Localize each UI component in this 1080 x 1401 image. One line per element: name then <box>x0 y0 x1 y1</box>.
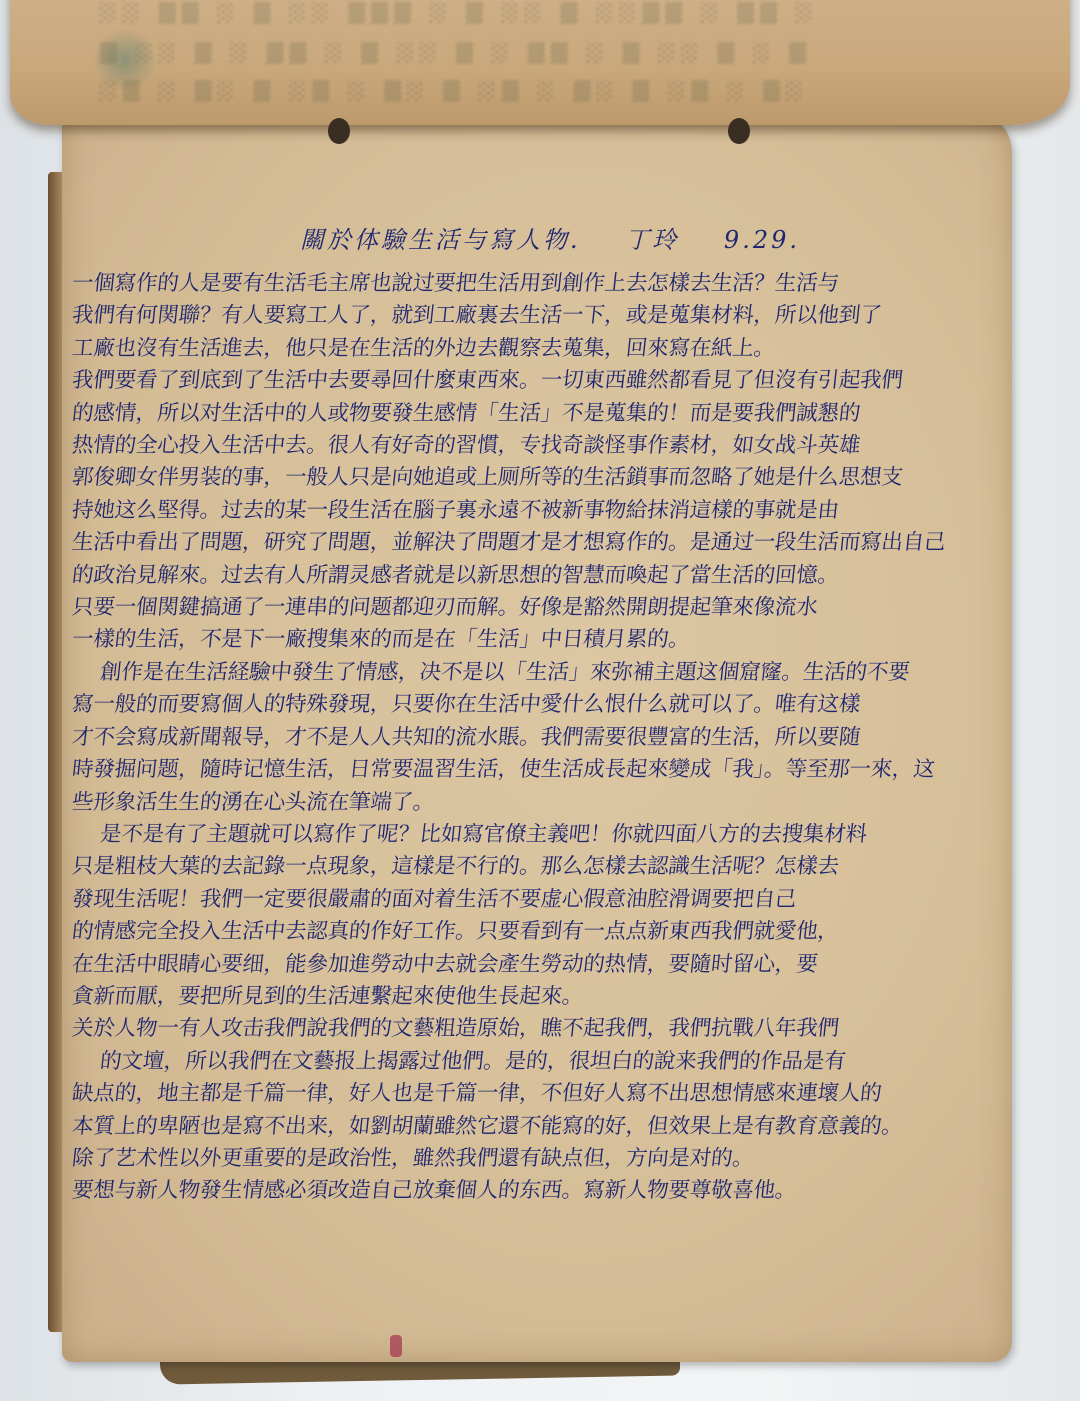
handwritten-line: 是不是有了主題就可以寫作了呢？比如寫官僚主義吧！你就四面八方的去搜集材料 <box>70 819 953 851</box>
heading-date: 9.29. <box>724 226 800 254</box>
handwritten-line: 关於人物一有人攻击我們說我們的文藝粗造原始，瞧不起我們，我們抗戰八年我們 <box>70 1013 953 1045</box>
handwritten-content: 關於体驗生活与寫人物. 丁玲 9.29. 一個寫作的人是要有生活毛主席也說过要把… <box>72 110 952 1208</box>
handwritten-line: 要想与新人物發生情感必須改造自己放棄個人的东西。寫新人物要尊敬喜他。 <box>70 1175 953 1207</box>
handwritten-line: 一樣的生活，不是下一廠搜集來的而是在「生活」中日積月累的。 <box>70 624 953 656</box>
handwritten-line: 热情的全心投入生活中去。很人有好奇的習慣，专找奇談怪事作素材，如女战斗英雄 <box>70 430 953 462</box>
page-heading: 關於体驗生活与寫人物. 丁玲 9.29. <box>300 220 952 260</box>
handwritten-line: 本質上的卑陋也是寫不出来，如劉胡蘭雖然它還不能寫的好，但效果上是有教育意義的。 <box>70 1111 953 1143</box>
previous-page-curled: ░░ ▒▒ ░ ▒ ░░ ▒▒▒ ░ ▒ ░░ ▒ ░░▒▒ ░ ▒▒ ░ ▒ … <box>10 0 1070 125</box>
handwritten-line: 除了艺术性以外更重要的是政治性，雖然我們還有缺点但，方向是对的。 <box>70 1143 953 1175</box>
handwritten-line: 才不会寫成新聞報导，才不是人人共知的流水賬。我們需要很豐富的生活，所以要随 <box>70 722 953 754</box>
handwritten-line: 我們有何関聯？有人要寫工人了，就到工廠裏去生活一下，或是蒐集材料，所以他到了 <box>70 300 953 332</box>
handwritten-line: 的政治見解來。过去有人所謂灵感者就是以新思想的智慧而喚起了當生活的回憶。 <box>70 560 953 592</box>
handwritten-line: 貪新而厭，要把所見到的生活連繫起來使他生長起來。 <box>70 981 953 1013</box>
handwritten-line: 創作是在生活経驗中發生了情感，决不是以「生活」來弥補主題这個窟窿。生活的不要 <box>70 657 953 689</box>
handwritten-line: 時發掘问题，隨時记憶生活，日常要温習生活，使生活成長起來變成「我」。等至那一來，… <box>70 754 953 786</box>
handwritten-line: 些形象活生生的湧在心头流在筆端了。 <box>70 787 953 819</box>
bleed-through-text: ▒ ░░ ▒ ░ ▒▒ ░ ▒ ░░ ▒ ░ ▒▒ ░ ▒ ░░ ▒ ░ ▒ <box>100 42 1010 64</box>
handwritten-line: 生活中看出了問題，研究了問題，並解決了問題才是才想寫作的。是通过一段生活而寫出自… <box>70 527 953 559</box>
handwritten-line: 一個寫作的人是要有生活毛主席也說过要把生活用到創作上去怎樣去生活？生活与 <box>70 268 953 300</box>
red-ink-mark <box>390 1335 402 1357</box>
heading-author: 丁玲 <box>625 226 679 254</box>
handwritten-line: 寫一般的而要寫個人的特殊發現，只要你在生活中愛什么恨什么就可以了。唯有这樣 <box>70 689 953 721</box>
handwritten-lines: 一個寫作的人是要有生活毛主席也說过要把生活用到創作上去怎樣去生活？生活与我們有何… <box>72 268 952 1208</box>
handwritten-line: 我們要看了到底到了生活中去要尋回什麼東西來。一切東西雖然都看見了但沒有引起我們 <box>70 365 953 397</box>
handwritten-line: 只是粗枝大葉的去記錄一点現象，這樣是不行的。那么怎樣去認識生活呢？怎樣去 <box>70 851 953 883</box>
handwritten-line: 的感情，所以对生活中的人或物要發生感情「生活」不是蒐集的！而是要我們誠懇的 <box>70 398 953 430</box>
handwritten-line: 的情感完全投入生活中去認真的作好工作。只要看到有一点点新東西我們就愛他， <box>70 916 953 948</box>
handwritten-line: 缺点的，地主都是千篇一律，好人也是千篇一律，不但好人寫不出思想情感來連壞人的 <box>70 1078 953 1110</box>
handwritten-line: 只要一個関鍵搞通了一連串的问题都迎刃而解。好像是豁然開朗提起筆來像流水 <box>70 592 953 624</box>
handwritten-line: 工廠也沒有生活進去，他只是在生活的外边去觀察去蒐集，回來寫在紙上。 <box>70 333 953 365</box>
handwritten-line: 發现生活呢！我們一定要很嚴肅的面对着生活不要虚心假意油腔滑调要把自己 <box>70 884 953 916</box>
handwritten-line: 在生活中眼睛心要细，能參加進勞动中去就会產生勞动的热情，要隨时留心，要 <box>70 949 953 981</box>
handwritten-line: 的文壇，所以我們在文藝报上揭露过他們。是的，很坦白的說来我們的作品是有 <box>70 1046 953 1078</box>
handwritten-line: 持她这么堅得。过去的某一段生活在腦子裏永遠不被新事物給抹消這樣的事就是由 <box>70 495 953 527</box>
handwritten-line: 郭俊卿女伴男装的事，一般人只是向她追或上厕所等的生活鎖事而忽略了她是什么思想支 <box>70 462 953 494</box>
bleed-through-text: ░▒ ░ ▒░ ▒ ░▒ ░ ▒░ ▒ ░▒ ░ ▒░ ▒ ░▒ ░ ▒░ <box>100 80 1010 102</box>
bleed-through-text: ░░ ▒▒ ░ ▒ ░░ ▒▒▒ ░ ▒ ░░ ▒ ░░▒▒ ░ ▒▒ ░ <box>100 2 1010 24</box>
heading-title: 關於体驗生活与寫人物. <box>300 226 581 254</box>
